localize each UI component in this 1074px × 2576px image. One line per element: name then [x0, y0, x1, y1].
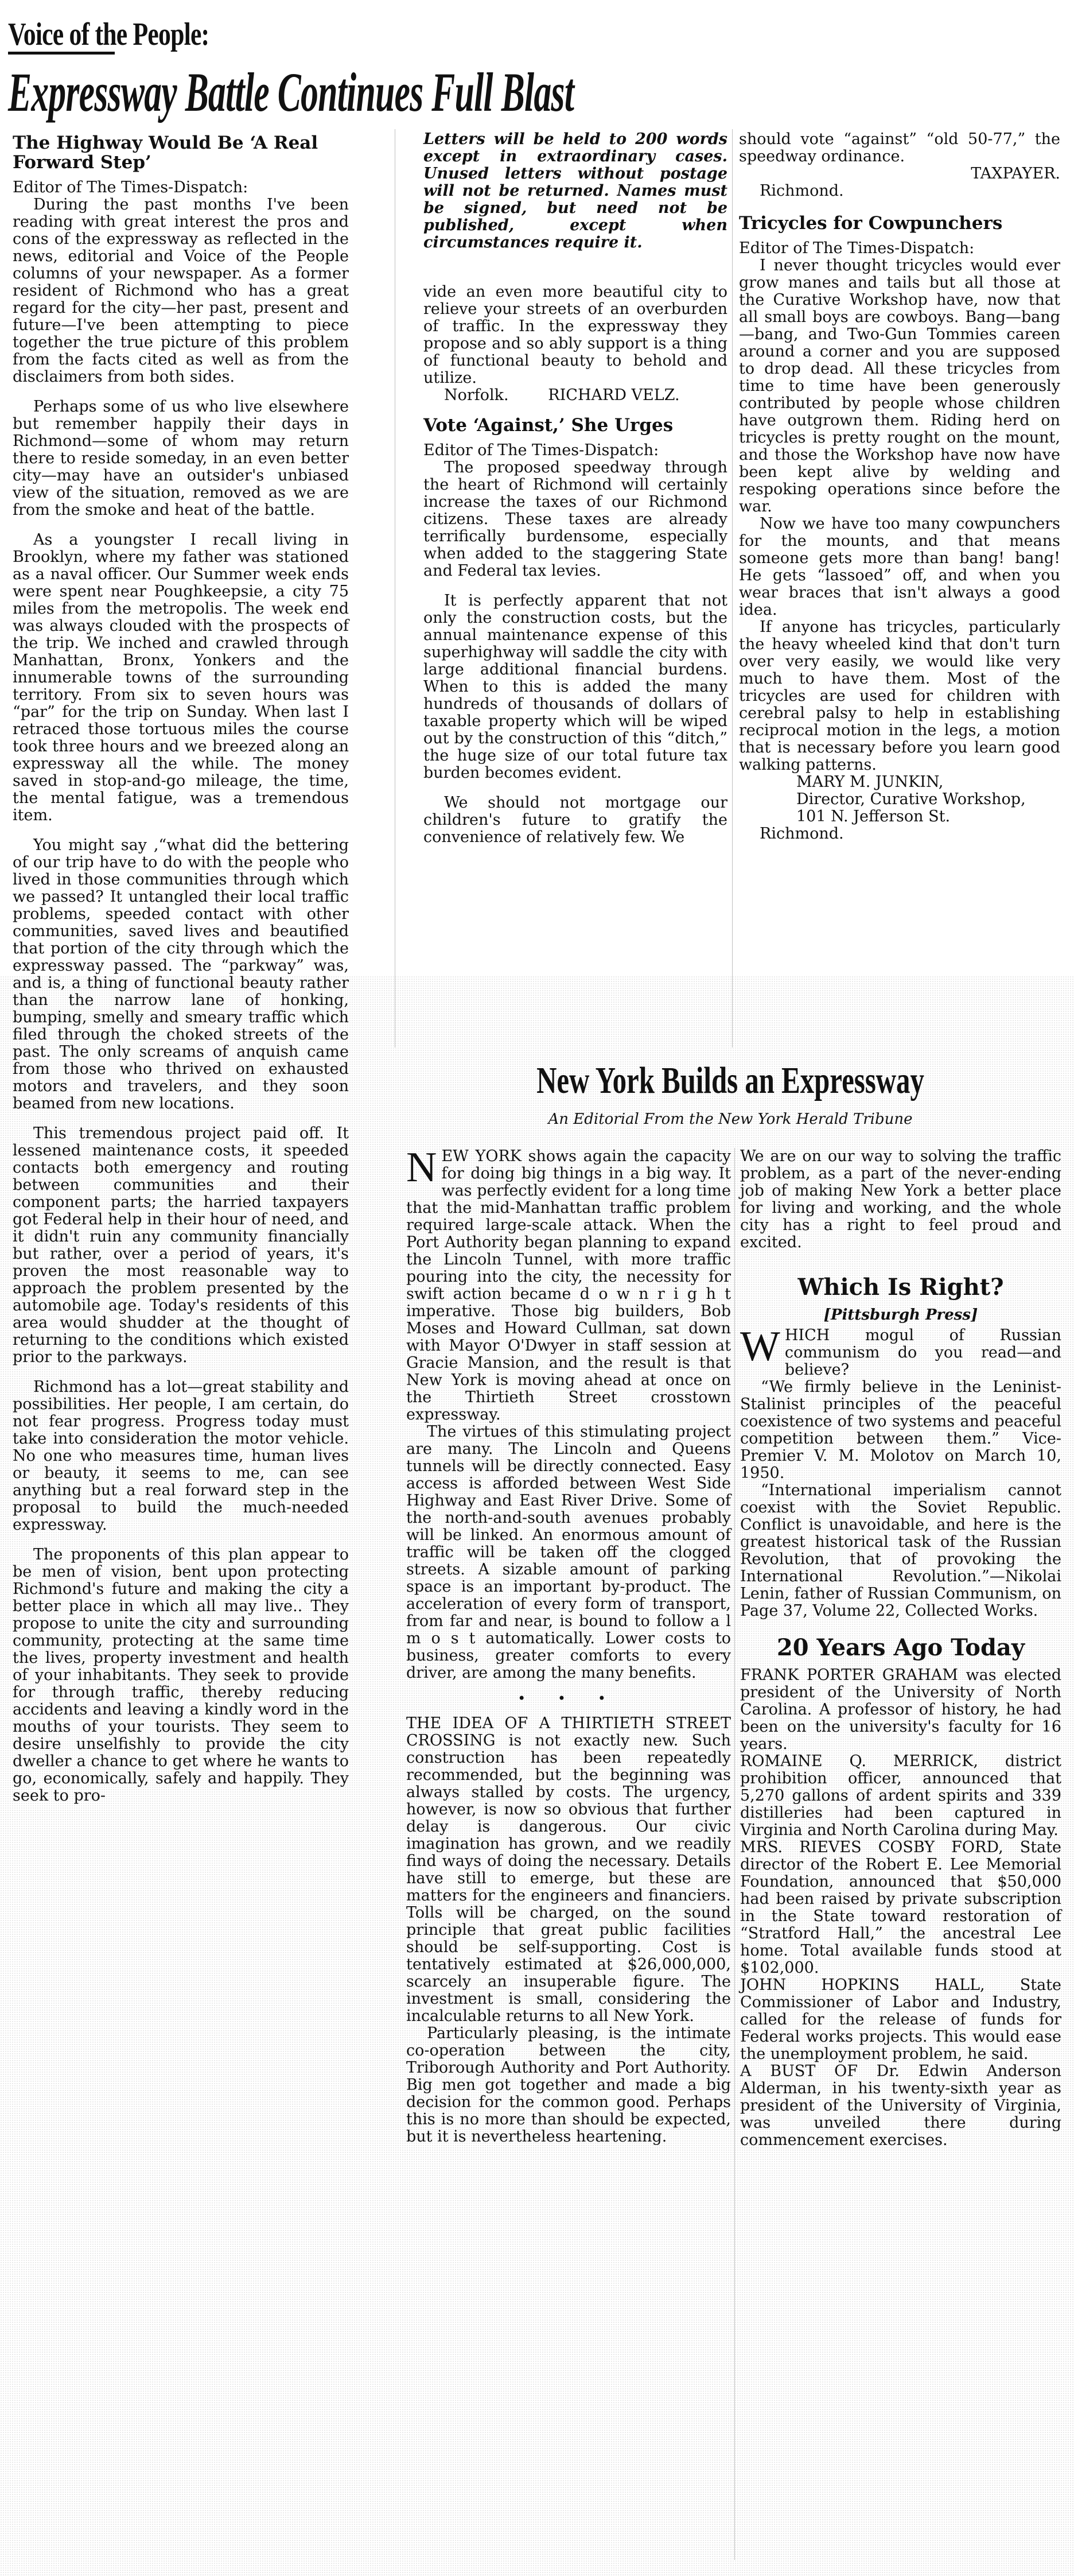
article-paragraph: WHICH mogul of Russian communism do you …: [740, 1327, 1061, 1379]
letter-continuation: should vote “against” “old 50-77,” the s…: [739, 131, 1060, 165]
section-masthead: Voice of the People:: [8, 16, 209, 53]
which-is-right-source: [Pittsburgh Press]: [740, 1306, 1061, 1324]
letter-paragraph: Perhaps some of us who live elsewhere bu…: [13, 398, 349, 519]
drop-cap: N: [406, 1150, 437, 1185]
letter-paragraph: Now we have too many cowpunchers for the…: [739, 515, 1060, 619]
twenty-years-ago-title: 20 Years Ago Today: [740, 1635, 1061, 1661]
history-item: MRS. RIEVES COSBY FORD, State director o…: [740, 1839, 1061, 1977]
drop-cap: W: [740, 1329, 780, 1364]
newspaper-page: Voice of the People: Expressway Battle C…: [0, 0, 1074, 2576]
letter-title: Vote ‘Against,’ She Urges: [423, 416, 727, 435]
letter-signoff: Norfolk. RICHARD VELZ.: [423, 387, 727, 404]
letter-highway-forward-step: The Highway Would Be ‘A Real Forward Ste…: [13, 133, 349, 1805]
editorial-paragraph: THE IDEA OF A THIRTIETH STREET CROSSING …: [406, 1715, 731, 2025]
letter-continuation: vide an even more beautiful city to reli…: [423, 284, 727, 387]
letter-paragraph: During the past months I've been reading…: [13, 196, 349, 386]
letter-paragraph: This tremendous project paid off. It les…: [13, 1125, 349, 1366]
letter-paragraph: It is perfectly apparent that not only t…: [423, 592, 727, 782]
letter-title: The Highway Would Be ‘A Real Forward Ste…: [13, 133, 349, 172]
masthead-underline: [8, 52, 115, 55]
editorial-body: NEW YORK shows again the capacity for do…: [406, 1148, 731, 2146]
letter-signature: TAXPAYER.: [739, 165, 1060, 183]
signature-address: 101 N. Jefferson St.: [739, 808, 1060, 825]
column-divider: [734, 1148, 735, 2560]
article-text: HICH mogul of Russian communism do you r…: [785, 1326, 1061, 1379]
column-divider: [732, 129, 733, 1048]
history-item: A BUST OF Dr. Edwin Anderson Alderman, i…: [740, 2063, 1061, 2149]
editorial-subtitle: An Editorial From the New York Herald Tr…: [406, 1111, 1054, 1128]
middle-column: Letters will be held to 200 words except…: [423, 131, 727, 846]
signature-title: Director, Curative Workshop,: [739, 791, 1060, 808]
editorial-paragraph: We are on our way to solving the traffic…: [740, 1148, 1061, 1251]
letter-signature: RICHARD VELZ.: [548, 386, 679, 404]
letter-paragraph: Richmond has a lot—great stability and p…: [13, 1379, 349, 1534]
section-separator: • • •: [406, 1690, 731, 1707]
editorial-paragraph: The virtues of this stimulating project …: [406, 1423, 731, 1682]
editorial-paragraph: Particularly pleasing, is the intimate c…: [406, 2025, 731, 2146]
letter-salutation: Editor of The Times-Dispatch:: [423, 442, 727, 459]
column-divider: [395, 129, 395, 1048]
letter-salutation: Editor of The Times-Dispatch:: [13, 179, 349, 196]
article-paragraph: “We firmly believe in the Leninist-Stali…: [740, 1379, 1061, 1482]
right-lower-column: We are on our way to solving the traffic…: [740, 1148, 1061, 2149]
history-item: JOHN HOPKINS HALL, State Commissioner of…: [740, 1977, 1061, 2063]
letter-signature: MARY M. JUNKIN,: [739, 774, 1060, 791]
letter-paragraph: You might say ,“what did the bettering o…: [13, 837, 349, 1112]
history-item: ROMAINE Q. MERRICK, district prohibition…: [740, 1753, 1061, 1839]
letter-paragraph: I never thought tricycles would ever gro…: [739, 257, 1060, 515]
letter-paragraph: We should not mortgage our children's fu…: [423, 794, 727, 846]
letter-salutation: Editor of The Times-Dispatch:: [739, 240, 1060, 257]
editorial-paragraph: NEW YORK shows again the capacity for do…: [406, 1148, 731, 1423]
letter-title: Tricycles for Cowpunchers: [739, 214, 1060, 233]
letter-place: Richmond.: [739, 183, 1060, 200]
letter-paragraph: The proposed speedway through the heart …: [423, 459, 727, 580]
editorial-text: EW YORK shows again the capacity for doi…: [406, 1147, 731, 1423]
article-paragraph: “International imperialism cannot coexis…: [740, 1482, 1061, 1620]
letter-place: Norfolk.: [444, 386, 509, 404]
letter-paragraph: The proponents of this plan appear to be…: [13, 1546, 349, 1805]
editorial-title: New York Builds an Expressway: [491, 1059, 970, 1103]
letter-paragraph: If anyone has tricycles, particularly th…: [739, 619, 1060, 774]
letter-place: Richmond.: [739, 825, 1060, 843]
history-item: FRANK PORTER GRAHAM was elected presiden…: [740, 1667, 1061, 1753]
page-headline: Expressway Battle Continues Full Blast: [8, 60, 574, 124]
letter-paragraph: As a youngster I recall living in Brookl…: [13, 532, 349, 824]
letters-policy-notice: Letters will be held to 200 words except…: [423, 131, 727, 251]
right-column: should vote “against” “old 50-77,” the s…: [739, 131, 1060, 843]
which-is-right-title: Which Is Right?: [740, 1274, 1061, 1301]
